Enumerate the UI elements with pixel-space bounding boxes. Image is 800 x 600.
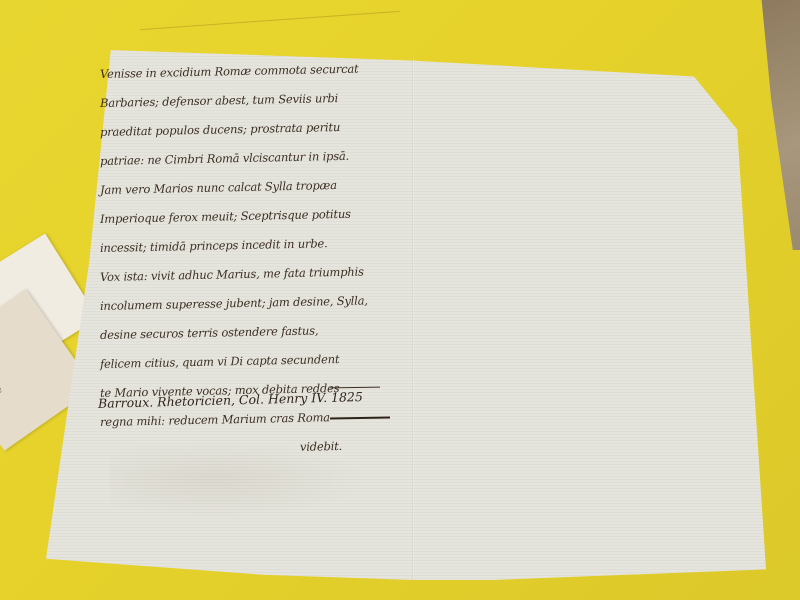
wooden-surface: [752, 0, 800, 250]
card-crease: [140, 11, 400, 32]
manuscript-line-final: videbit.: [100, 430, 421, 466]
